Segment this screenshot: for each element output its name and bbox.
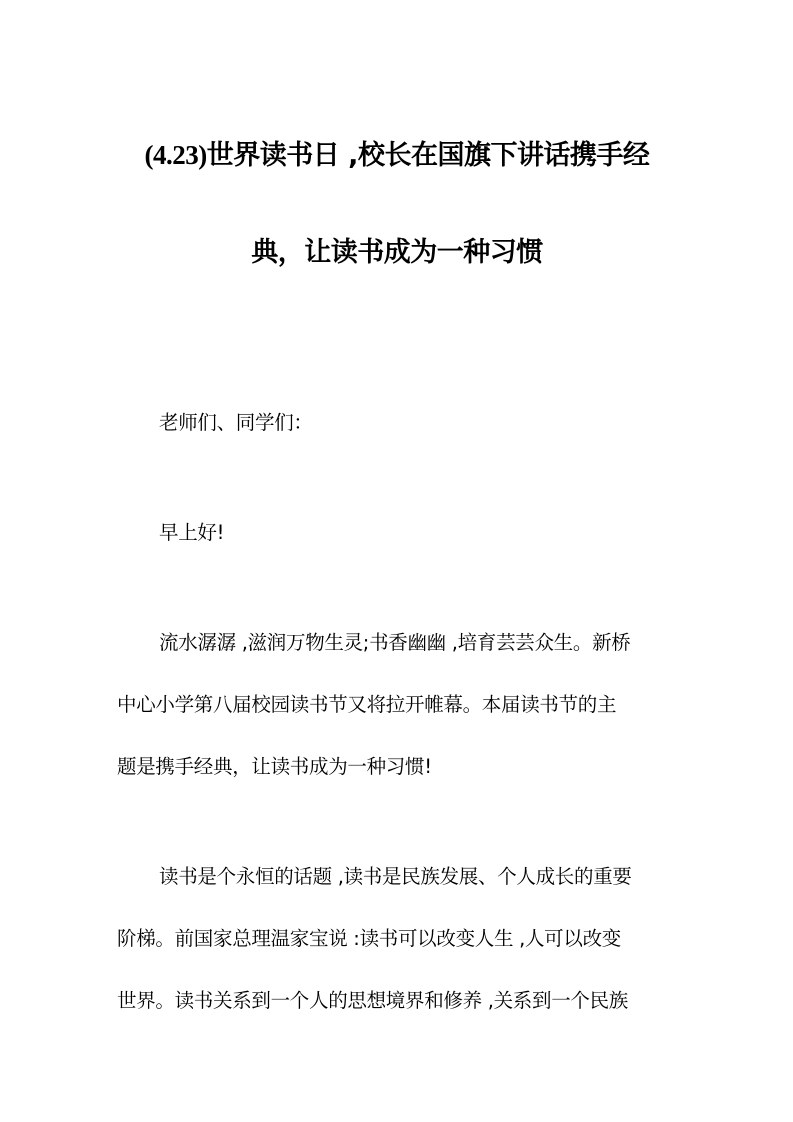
- title-text: 世界读书日 ,校长在国旗下讲话携手经: [207, 140, 650, 171]
- document-title-line-2: 典，让读书成为一种习惯: [117, 230, 677, 269]
- greeting: 老师们、同学们：: [159, 407, 679, 435]
- good-morning: 早上好!: [159, 517, 679, 545]
- paragraph-line: 世界。读书关系到一个人的思想境界和修养 ,关系到一个民族: [117, 985, 679, 1013]
- paragraph-line: 题是携手经典，让读书成为一种习惯!: [117, 751, 679, 779]
- paragraph-line: 读书是个永恒的话题 ,读书是民族发展、个人成长的重要: [159, 861, 679, 889]
- document-title-line-1: (4.23)世界读书日 ,校长在国旗下讲话携手经: [117, 133, 677, 172]
- paragraph-line: 阶梯。前国家总理温家宝说 :读书可以改变人生 ,人可以改变: [117, 923, 679, 951]
- title-date: (4.23): [145, 140, 207, 170]
- paragraph-line: 流水潺潺 ,滋润万物生灵;书香幽幽 ,培育芸芸众生。新桥: [159, 627, 679, 655]
- paragraph-line: 中心小学第八届校园读书节又将拉开帷幕。本届读书节的主: [117, 689, 679, 717]
